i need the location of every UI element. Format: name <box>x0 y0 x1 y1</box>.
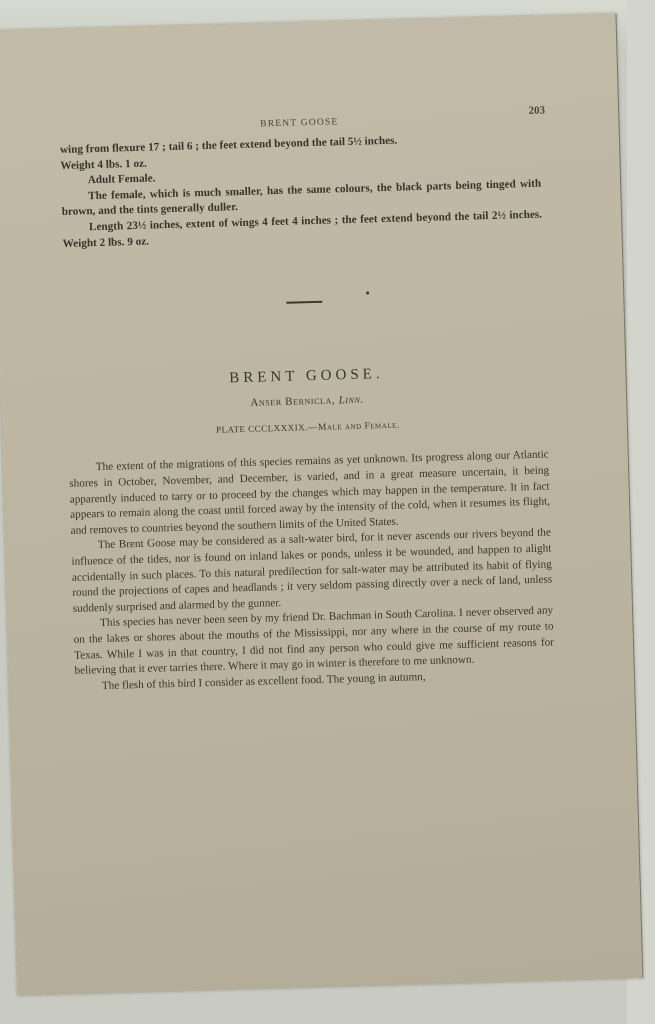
paragraph: The extent of the migrations of this spe… <box>69 448 551 539</box>
page-content: BRENT GOOSE 203 wing from flexure 17 ; t… <box>59 104 555 696</box>
plate-line: PLATE CCCLXXXIX.—Male and Female. <box>68 413 548 443</box>
section-divider <box>286 301 322 304</box>
paragraph: The Brent Goose may be considered as a s… <box>71 526 553 617</box>
latin-author: Linn. <box>338 394 364 407</box>
plate-caption: —Male and Female. <box>308 421 400 434</box>
latin-name: Anser Bernicla, <box>250 395 335 409</box>
article-body: The extent of the migrations of this spe… <box>69 448 555 695</box>
ink-speck <box>366 292 369 295</box>
plate-number: PLATE CCCLXXXIX. <box>216 422 308 435</box>
article-title: BRENT GOOSE. <box>66 362 546 391</box>
latin-name-line: Anser Bernicla, Linn. <box>67 388 547 417</box>
page-number: 203 <box>528 103 545 119</box>
book-page: BRENT GOOSE 203 wing from flexure 17 ; t… <box>0 13 643 995</box>
